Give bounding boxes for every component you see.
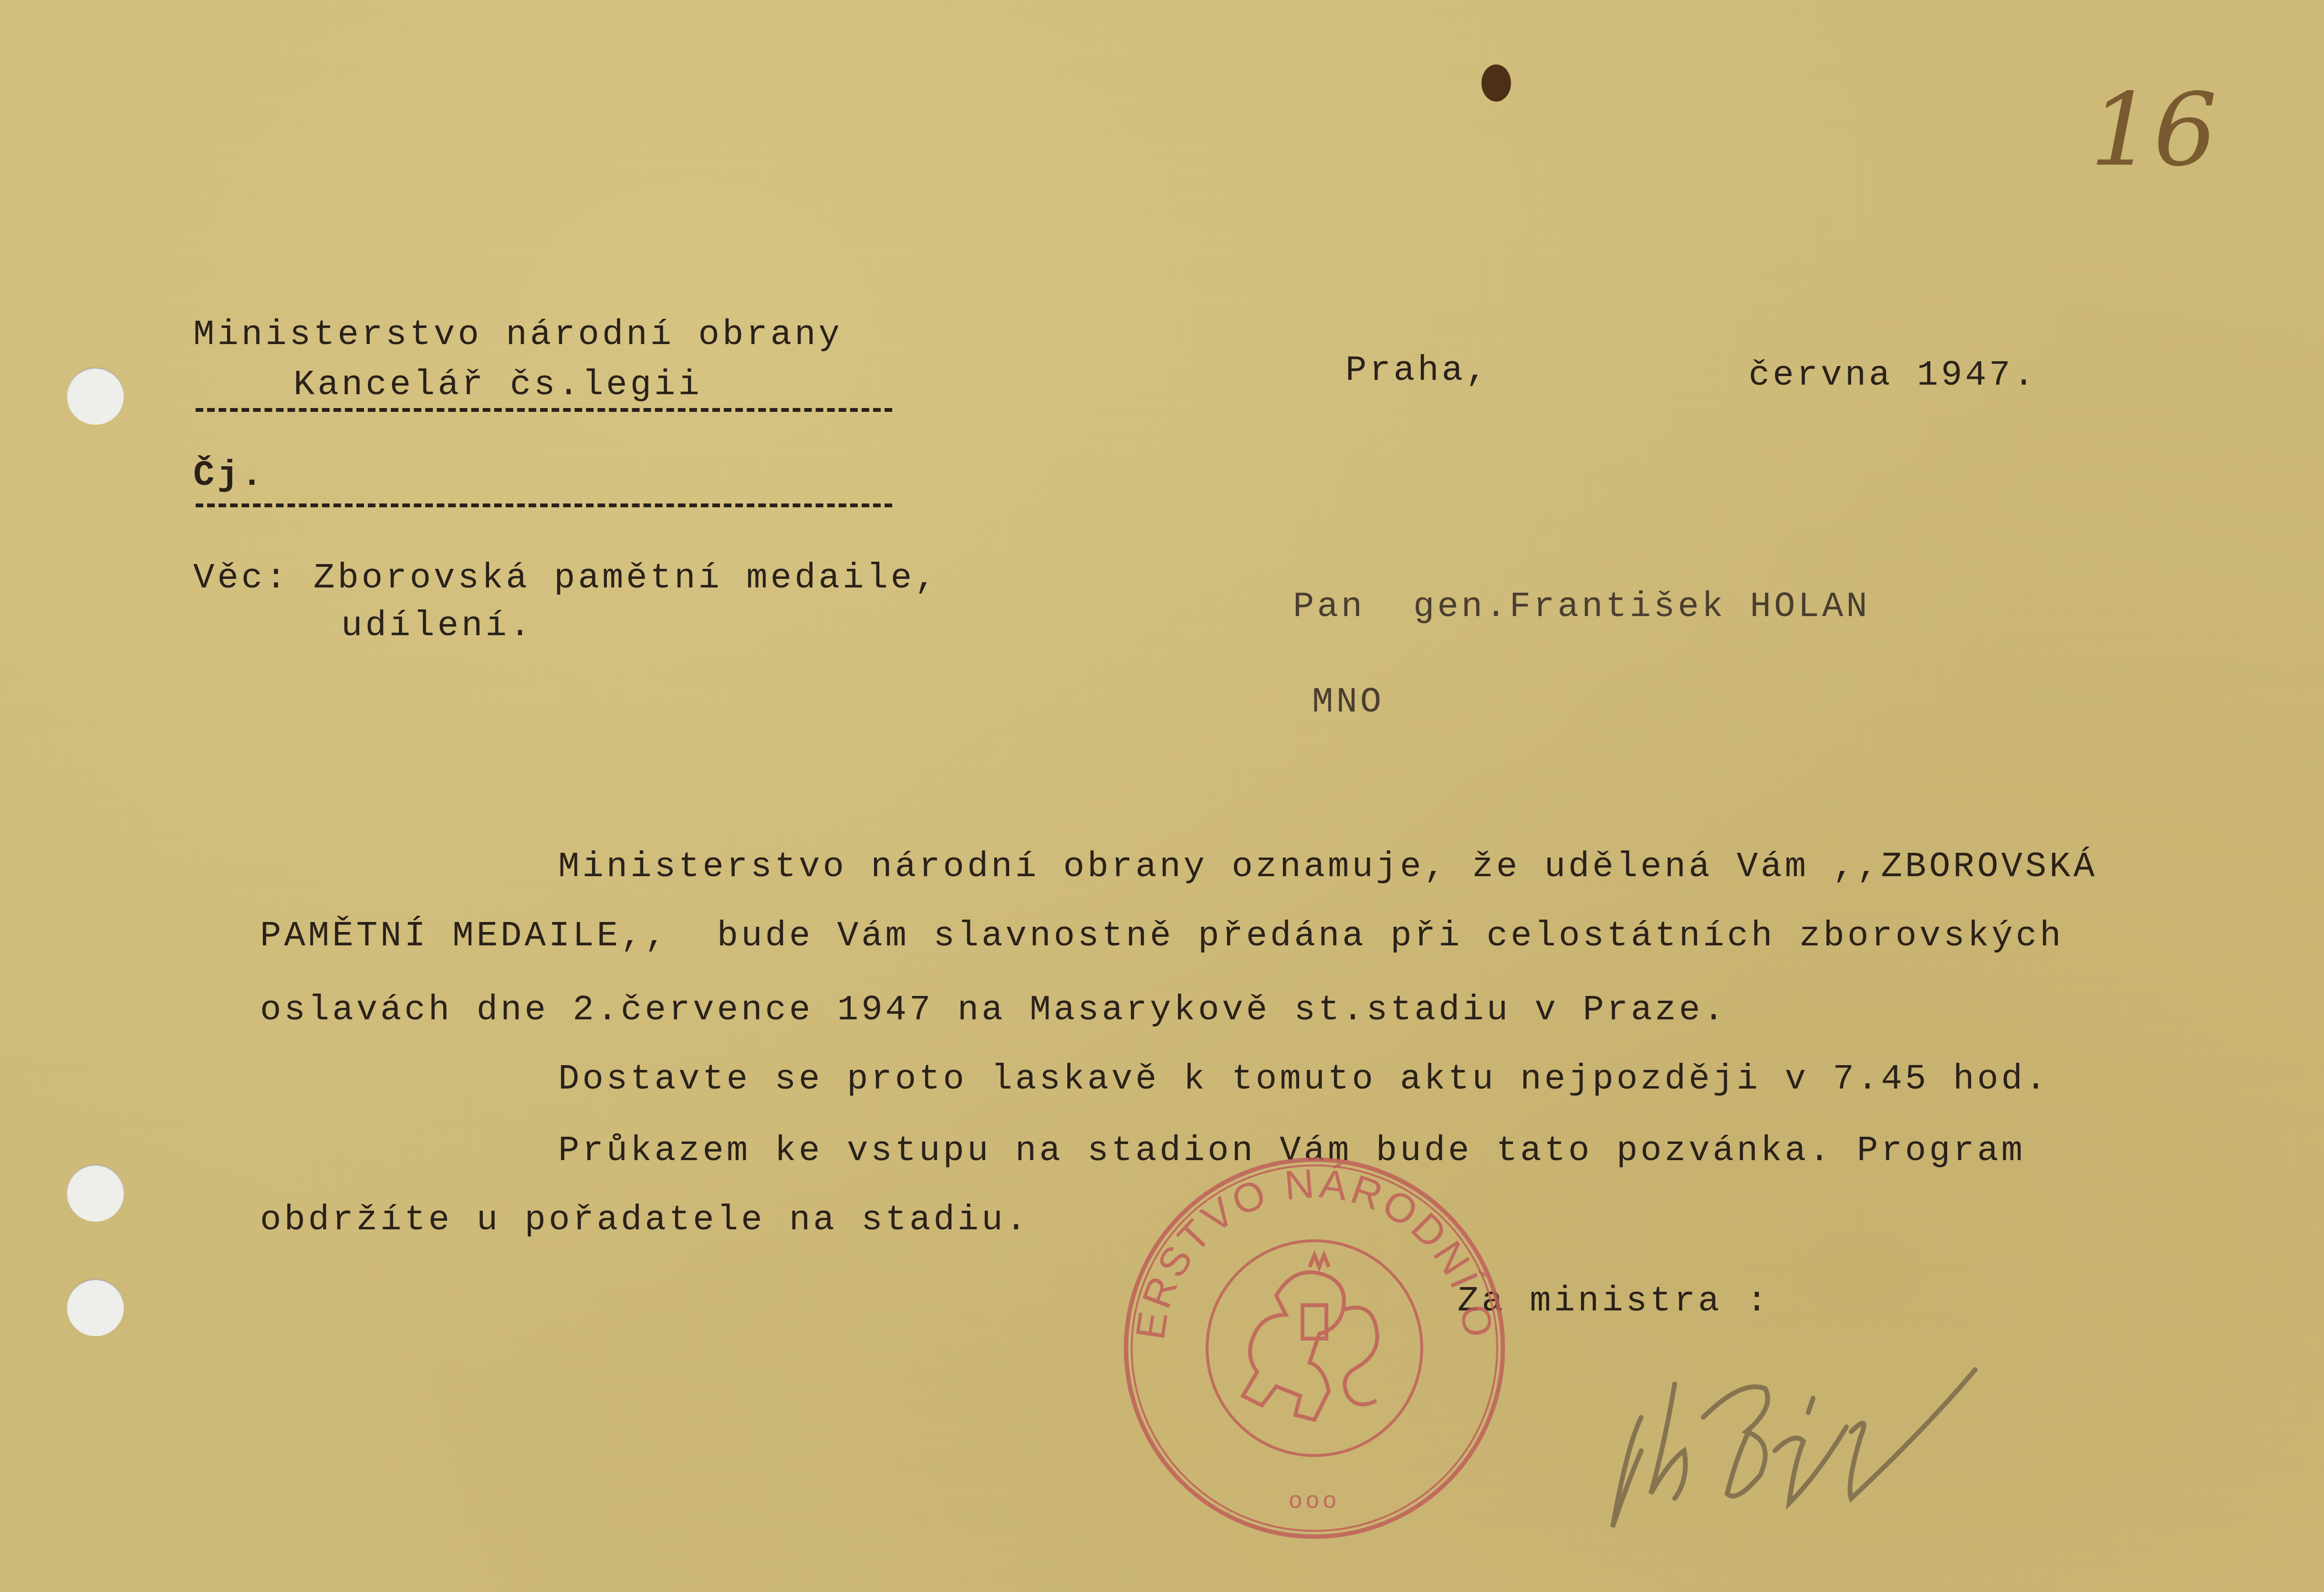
addressee-name: Pan gen.František HOLAN	[1293, 589, 1870, 625]
body-line-3: oslavách dne 2.července 1947 na Masaryko…	[260, 993, 1727, 1028]
addressee-unit: MNO	[1312, 685, 1384, 720]
reference-rule	[196, 503, 892, 507]
ministry-name: Ministerstvo národní obrany	[193, 317, 843, 353]
ink-spot	[1481, 64, 1511, 102]
ministry-stamp: MINISTERSTVO NÁRODNÍ OBRANY ooo	[1119, 1152, 1510, 1544]
stamp-text: MINISTERSTVO NÁRODNÍ OBRANY	[1119, 1152, 1502, 1343]
office-name: Kancelář čs.legii	[293, 367, 702, 403]
lion-emblem-icon	[1243, 1255, 1377, 1420]
document-page: 16 Ministerstvo národní obrany Kancelář …	[0, 0, 2324, 1592]
body-line-1: Ministerstvo národní obrany oznamuje, že…	[558, 849, 2097, 885]
stamp-ornament: ooo	[1289, 1487, 1340, 1513]
handwritten-signature	[1584, 1331, 2180, 1532]
body-line-4: Dostavte se proto laskavě k tomuto aktu …	[558, 1062, 2049, 1097]
subject-line-1: Věc: Zborovská pamětní medaile,	[193, 561, 939, 596]
punch-hole-top	[67, 367, 124, 425]
subject-line-2: udílení.	[341, 608, 533, 644]
punch-hole-bottom	[67, 1279, 124, 1336]
date: června 1947.	[1749, 358, 2037, 393]
header-rule	[196, 408, 892, 412]
punch-hole-middle	[67, 1164, 124, 1222]
body-line-2: PAMĚTNÍ MEDAILE,, bude Vám slavnostně př…	[260, 919, 2064, 954]
body-line-6: obdržíte u pořadatele na stadiu.	[260, 1203, 1030, 1238]
place: Praha,	[1345, 353, 1490, 388]
reference-label: Čj.	[193, 458, 265, 493]
folio-number: 16	[2090, 72, 2217, 189]
